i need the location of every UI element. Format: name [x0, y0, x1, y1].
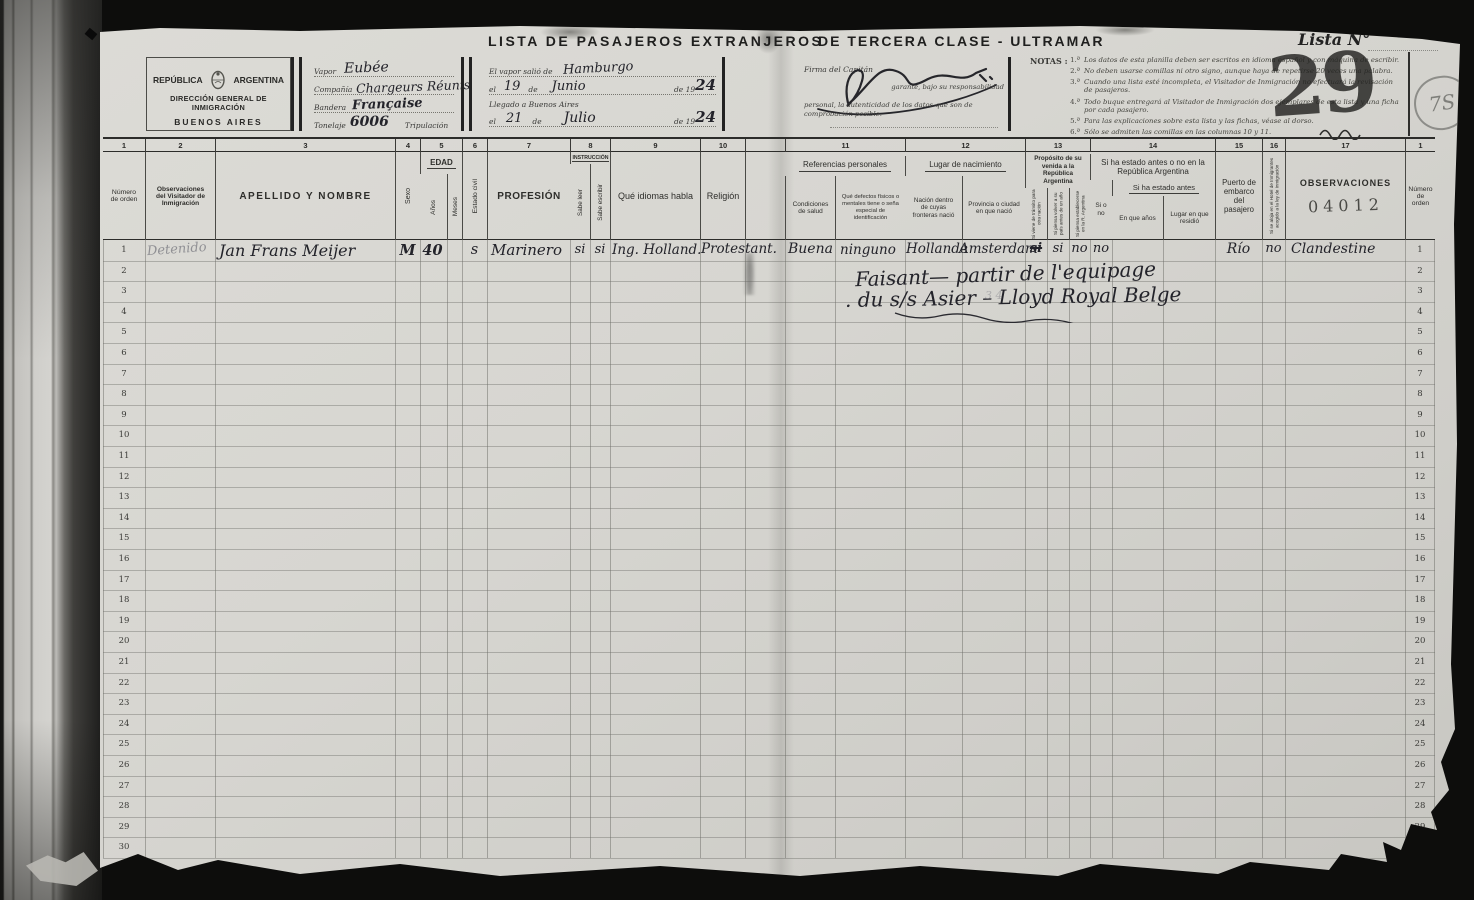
- lleg-day: 21: [506, 111, 523, 126]
- grid-hline: [103, 261, 1435, 262]
- order-number-right: 29: [1402, 822, 1438, 832]
- row1-defectos: ninguno: [840, 242, 896, 260]
- divider-bar: [722, 57, 725, 131]
- order-number-left: 19: [106, 616, 142, 626]
- order-number-left: 28: [106, 801, 142, 811]
- header-spacer: [745, 152, 785, 240]
- header-defectos: Qué defectos físicos o mentales tiene o …: [835, 176, 905, 240]
- header-si-ha-estado: Si ha estado antes: [1112, 180, 1215, 196]
- order-number-left: 16: [106, 554, 142, 564]
- row1-profesion: Marinero: [491, 241, 562, 259]
- row1-salud: Buena: [788, 241, 833, 259]
- order-number-right: 4: [1402, 307, 1438, 317]
- buenos-aires-label: BUENOS AIRES: [151, 117, 286, 127]
- tonelaje-value: 6006: [350, 114, 389, 130]
- order-number-left: 14: [106, 513, 142, 523]
- order-number-right: 16: [1402, 554, 1438, 564]
- page-title: LISTA DE PASAJEROS EXTRANJEROS: [488, 33, 823, 49]
- column-number: 16: [1262, 139, 1285, 152]
- row1-volver: si: [1047, 241, 1069, 259]
- header-lugar-residio: Lugar en que residió: [1163, 196, 1215, 240]
- order-number-right: 20: [1402, 636, 1438, 646]
- passenger-table: 12345678910111213141516171 Número de ord…: [103, 137, 1435, 859]
- column-number: 7: [487, 139, 570, 152]
- column-number: 5: [420, 139, 462, 152]
- order-number-right: 27: [1402, 781, 1438, 791]
- order-number-right: 1: [1402, 245, 1438, 255]
- row1-sexo: M: [395, 242, 420, 260]
- lleg-month: Julio: [564, 110, 596, 126]
- order-number-right: 28: [1402, 801, 1438, 811]
- order-number-left: 12: [106, 472, 142, 482]
- header-edad-meses: Meses: [447, 174, 462, 240]
- header-referencias: Referencias personales: [785, 156, 905, 176]
- bandera-label: Bandera: [314, 103, 346, 112]
- header-edad: EDAD: [420, 152, 462, 174]
- order-number-right: 25: [1402, 739, 1438, 749]
- column-number: 6: [462, 139, 487, 152]
- order-number-right: 18: [1402, 595, 1438, 605]
- salio-port: Hamburgo: [562, 59, 633, 78]
- order-number-left: 4: [106, 307, 142, 317]
- column-number: 15: [1215, 139, 1262, 152]
- grid-hline: [103, 528, 1435, 529]
- column-number: 14: [1090, 139, 1215, 152]
- grid-hline: [103, 714, 1435, 715]
- grid-hline: [103, 631, 1435, 632]
- grid-hline: [103, 508, 1435, 509]
- order-number-left: 6: [106, 348, 142, 358]
- order-number-right: 10: [1402, 430, 1438, 440]
- argentina-label: ARGENTINA: [233, 75, 284, 85]
- row1-anos: 40: [418, 242, 447, 260]
- salio-month: Junio: [552, 79, 586, 94]
- order-number-right: 23: [1402, 698, 1438, 708]
- order-number-left: 24: [106, 719, 142, 729]
- order-number-right: 8: [1402, 389, 1438, 399]
- ship-info-box: Vapor Eubée Compañía Chargeurs Réunis Ba…: [308, 57, 460, 131]
- salio-year: 24: [695, 76, 716, 94]
- header-sexo: Sexo: [395, 152, 420, 240]
- order-number-left: 23: [106, 698, 142, 708]
- grid-hline: [103, 796, 1435, 797]
- observaciones-stamp: 04012: [1307, 194, 1384, 216]
- de19-label: de 19: [674, 85, 695, 94]
- compania-label: Compañía: [314, 85, 352, 94]
- grid-hline: [103, 467, 1435, 468]
- order-number-left: 22: [106, 678, 142, 688]
- llegado-label: Llegado a Buenos Aires: [489, 100, 579, 109]
- header-estado-civil: Estado civil: [462, 152, 487, 240]
- header-puerto-embarco: Puerto de embarco del pasajero: [1215, 152, 1262, 240]
- order-number-left: 5: [106, 327, 142, 337]
- grid-hline: [103, 673, 1435, 674]
- divider-bars: [461, 57, 474, 131]
- row1-establecerse: no: [1069, 241, 1090, 259]
- header-apellido-nombre: APELLIDO Y NOMBRE: [215, 152, 395, 240]
- row1-observ-visitador: Detenido: [146, 240, 207, 262]
- de-label: de: [532, 117, 541, 126]
- vapor-label: Vapor: [314, 67, 336, 76]
- order-number-right: 21: [1402, 657, 1438, 667]
- grid-hline: [103, 281, 1435, 282]
- order-number-right: 22: [1402, 678, 1438, 688]
- direccion-label: DIRECCIÓN GENERAL DE INMIGRACIÓN: [151, 94, 286, 112]
- order-number-left: 2: [106, 266, 142, 276]
- lista-number-line: [1368, 50, 1438, 51]
- row1-observaciones: Clandestine: [1291, 241, 1375, 259]
- tripulacion-label: Tripulación: [405, 121, 448, 130]
- column-number: 3: [215, 139, 395, 152]
- header-observaciones: OBSERVACIONES 04012: [1285, 152, 1405, 240]
- header-nacion: Nación dentro de cuyas fronteras nació: [905, 176, 962, 240]
- header-condiciones-salud: Condiciones de salud: [785, 176, 835, 240]
- row1-sabe-leer: si: [570, 242, 590, 260]
- order-number-left: 20: [106, 636, 142, 646]
- grid-hline: [103, 446, 1435, 447]
- grid-hline: [103, 693, 1435, 694]
- grid-hline: [103, 364, 1435, 365]
- row1-estado-antes: no: [1090, 241, 1112, 259]
- order-number-left: 29: [106, 822, 142, 832]
- header-edad-anos: Años: [420, 174, 447, 240]
- order-number-left: 10: [106, 430, 142, 440]
- order-number-right: 24: [1402, 719, 1438, 729]
- order-number-right: 12: [1402, 472, 1438, 482]
- book-page-stack-edge: [0, 0, 102, 900]
- tonelaje-label: Tonelaje: [314, 121, 346, 130]
- order-number-right: 5: [1402, 327, 1438, 337]
- grid-hline: [103, 590, 1435, 591]
- header-establecerse: Si piensa establecerse en la R. Argentin…: [1069, 188, 1090, 240]
- order-number-right: 3: [1402, 286, 1438, 296]
- order-number-left: 25: [106, 739, 142, 749]
- header-numero-orden-right: Número de orden: [1405, 152, 1435, 240]
- grid-hline: [103, 384, 1435, 385]
- order-number-right: 11: [1402, 451, 1438, 461]
- grid-hline: [103, 734, 1435, 735]
- header-instruccion: INSTRUCCIÓN: [570, 152, 610, 164]
- order-number-right: 2: [1402, 266, 1438, 276]
- grid-hline: [103, 776, 1435, 777]
- header-profesion: PROFESIÓN: [487, 152, 570, 240]
- grid-hline: [103, 425, 1435, 426]
- header-provincia: Provincia o ciudad en que nació: [962, 176, 1025, 240]
- column-number: 2: [145, 139, 215, 152]
- grid-hline: [103, 611, 1435, 612]
- header-volver-pais: Si piensa volver a su país antes de un a…: [1047, 188, 1069, 240]
- row1-name: Jan Frans Meijer: [219, 241, 355, 259]
- notas-label: NOTAS :: [1030, 56, 1068, 66]
- compania-value: Chargeurs Réunis: [356, 77, 471, 96]
- column-number: 1: [1405, 139, 1435, 152]
- order-number-right: 30: [1402, 842, 1438, 852]
- header-idiomas: Qué idiomas habla: [610, 152, 700, 240]
- order-number-right: 19: [1402, 616, 1438, 626]
- salio-day: 19: [504, 79, 521, 94]
- order-number-left: 7: [106, 369, 142, 379]
- header-religion: Religión: [700, 152, 745, 240]
- column-number: 4: [395, 139, 420, 152]
- order-number-left: 8: [106, 389, 142, 399]
- row1-transito: si: [1025, 241, 1047, 259]
- order-number-right: 17: [1402, 575, 1438, 585]
- order-number-left: 21: [106, 657, 142, 667]
- grid-hline: [103, 755, 1435, 756]
- row1-estado-civil: s: [462, 242, 487, 260]
- vapor-value: Eubée: [344, 59, 389, 77]
- republica-label: REPÚBLICA: [153, 75, 203, 85]
- order-number-left: 30: [106, 842, 142, 852]
- column-number: 8: [570, 139, 610, 152]
- divider-bar: [1008, 57, 1011, 131]
- lleg-year: 24: [695, 108, 716, 126]
- el-label: el: [489, 85, 496, 94]
- header-transito: Si viene de tránsito para otra nación: [1025, 188, 1047, 240]
- oath-text-1: garante, bajo su responsabilidad: [886, 83, 1004, 92]
- column-number: 9: [610, 139, 700, 152]
- grid-hline: [103, 858, 1435, 859]
- order-number-left: 27: [106, 781, 142, 791]
- row1-hotel: no: [1262, 241, 1285, 259]
- order-number-left: 13: [106, 492, 142, 502]
- row1-sabe-escribir: si: [590, 242, 610, 260]
- order-number-left: 3: [106, 286, 142, 296]
- row1-idiomas: Ing. Holland.: [612, 242, 701, 260]
- order-number-right: 9: [1402, 410, 1438, 420]
- list-number-stamp: 29: [1265, 42, 1376, 127]
- document-page: LISTA DE PASAJEROS EXTRANJEROS DE TERCER…: [100, 24, 1460, 888]
- header-en-que-anos: En que años: [1112, 196, 1163, 240]
- grid-hline: [103, 487, 1435, 488]
- captain-box: Firma del Capitán garante, bajo su respo…: [800, 57, 1008, 131]
- annotation-flourish: [893, 307, 1253, 323]
- salio-label: El vapor salió de: [489, 67, 553, 76]
- header-observaciones-visitador: Observaciones del Visitador de Inmigraci…: [145, 152, 215, 240]
- grid-hline: [103, 570, 1435, 571]
- grid-hline: [103, 549, 1435, 550]
- order-number-right: 13: [1402, 492, 1438, 502]
- order-number-right: 26: [1402, 760, 1438, 770]
- header-sabe-leer: Sabe leer: [570, 164, 590, 240]
- order-number-right: 14: [1402, 513, 1438, 523]
- order-number-left: 26: [106, 760, 142, 770]
- folio-number: 7S: [1427, 89, 1457, 116]
- order-number-left: 11: [106, 451, 142, 461]
- divider-bars: [291, 57, 304, 131]
- column-number: 1: [103, 139, 145, 152]
- grid-hline: [103, 302, 1435, 303]
- header-numero-orden: Número de orden: [103, 152, 145, 240]
- pencil-marks: 3 4: [985, 289, 1003, 302]
- grid-hline: [103, 652, 1435, 653]
- grid-hline: [103, 343, 1435, 344]
- order-number-left: 9: [106, 410, 142, 420]
- column-number: 10: [700, 139, 745, 152]
- el-label: el: [489, 117, 496, 126]
- column-number: 13: [1025, 139, 1090, 152]
- grid-hline: [103, 817, 1435, 818]
- oath-text-2: personal, la autenticidad de los datos q…: [804, 101, 1004, 119]
- order-number-right: 6: [1402, 348, 1438, 358]
- voyage-box: El vapor salió de Hamburgo el 19 de Juni…: [483, 57, 722, 131]
- column-number: 17: [1285, 139, 1405, 152]
- row1-religion: Protestant.: [701, 241, 777, 259]
- order-number-left: 17: [106, 575, 142, 585]
- folio-pencil-circle: 7S: [1411, 72, 1474, 133]
- order-number-right: 15: [1402, 533, 1438, 543]
- de19-label: de 19: [674, 117, 695, 126]
- de-label: de: [528, 85, 537, 94]
- header-si-o-no: Si o no: [1090, 180, 1112, 240]
- grid-hline: [103, 405, 1435, 406]
- scanned-passenger-list: LISTA DE PASAJEROS EXTRANJEROS DE TERCER…: [0, 0, 1474, 900]
- page-title-class: DE TERCERA CLASE - ULTRAMAR: [818, 33, 1105, 49]
- column-number: 12: [905, 139, 1025, 152]
- vertical-rule: [1408, 52, 1410, 136]
- coat-of-arms-icon: [210, 70, 226, 90]
- signature-line: [830, 127, 998, 128]
- bandera-value: Française: [352, 96, 423, 113]
- ink-blot: [743, 253, 756, 295]
- grid-hline: [103, 837, 1435, 838]
- row1-puerto: Río: [1215, 241, 1262, 259]
- order-number-right: 7: [1402, 369, 1438, 379]
- header-lugar-nacimiento: Lugar de nacimiento: [905, 156, 1025, 176]
- header-hotel-inmigrantes: Si se aloja en el Hotel de Inmigrantes a…: [1262, 152, 1285, 240]
- agency-stamp-box: REPÚBLICA ARGENTINA DIRECCIÓN GENERAL DE…: [146, 57, 291, 131]
- header-estado-antes: Si ha estado antes o no en la República …: [1090, 154, 1215, 180]
- column-header-band: Número de orden Observaciones del Visita…: [103, 152, 1435, 240]
- column-gap: [745, 139, 785, 152]
- order-number-left: 1: [106, 245, 142, 255]
- column-number-row: 12345678910111213141516171: [103, 137, 1435, 152]
- order-number-left: 15: [106, 533, 142, 543]
- order-number-left: 18: [106, 595, 142, 605]
- column-number: 11: [785, 139, 905, 152]
- header-sabe-escribir: Sabe escribir: [590, 164, 610, 240]
- header-proposito: Propósito de su venida a la República Ar…: [1025, 152, 1090, 188]
